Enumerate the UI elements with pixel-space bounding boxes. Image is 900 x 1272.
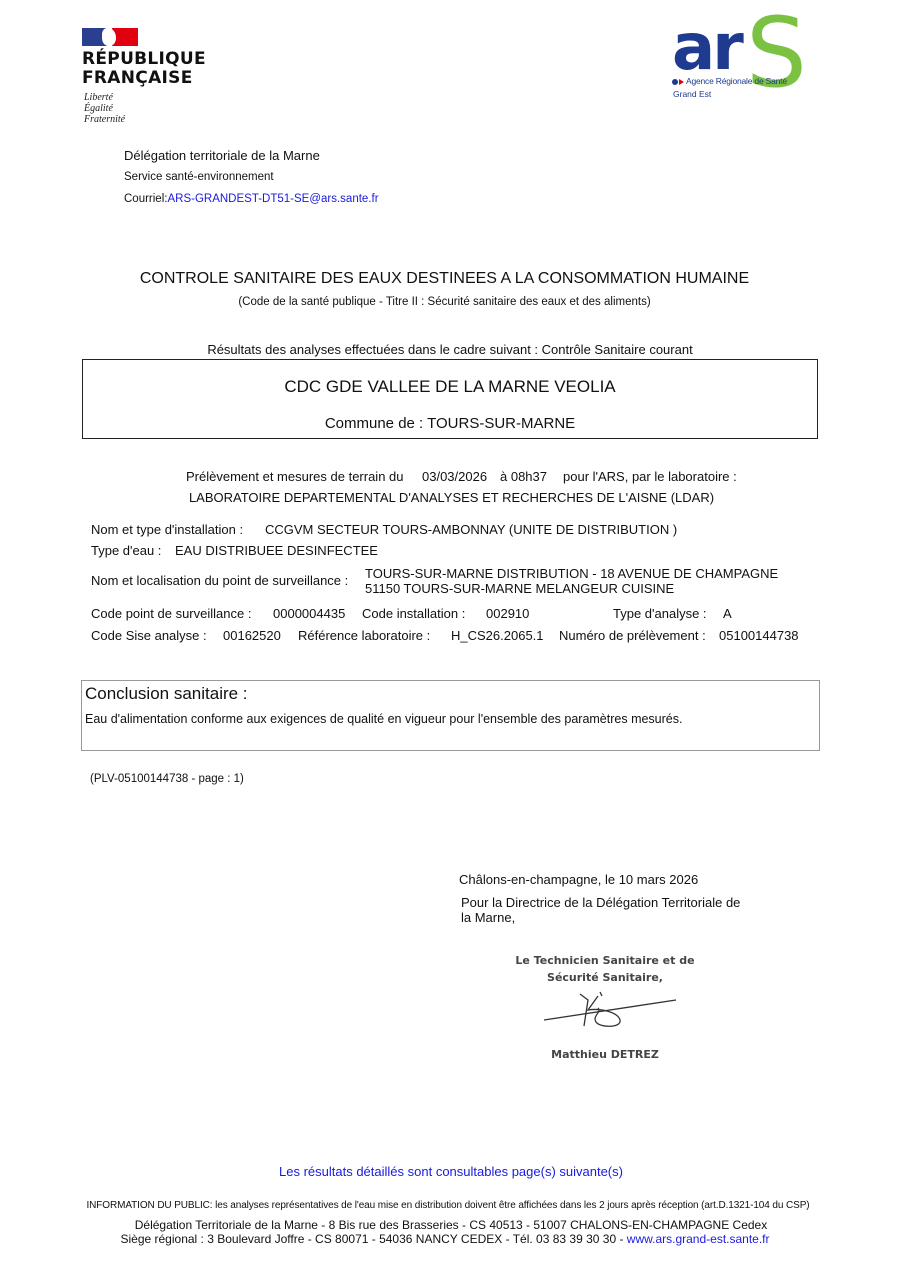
sampling-prefix: Prélèvement et mesures de terrain du: [186, 469, 404, 484]
rf-title-line2: FRANÇAISE: [82, 69, 206, 88]
network-name: CDC GDE VALLEE DE LA MARNE VEOLIA: [83, 377, 817, 397]
on-behalf-of: Pour la Directrice de la Délégation Terr…: [461, 895, 750, 927]
sise-label: Code Sise analyse :: [91, 628, 207, 643]
footer-address-delegation: Délégation Territoriale de la Marne - 8 …: [0, 1218, 900, 1232]
red-arrow-icon: [679, 79, 684, 85]
ars-agency-line: Agence Régionale de Santé: [672, 76, 787, 86]
document-subtitle: (Code de la santé publique - Titre II : …: [0, 296, 889, 308]
commune-name: Commune de : TOURS-SUR-MARNE: [83, 415, 817, 432]
ars-logo-s: S: [746, 0, 807, 108]
website-link[interactable]: www.ars.grand-est.sante.fr: [627, 1232, 770, 1246]
place-date: Châlons-en-champagne, le 10 mars 2026: [459, 872, 698, 887]
conclusion-box: Conclusion sanitaire : Eau d'alimentatio…: [81, 680, 820, 751]
email-link[interactable]: ARS-GRANDEST-DT51-SE@ars.sante.fr: [167, 193, 378, 205]
installation-value: CCGVM SECTEUR TOURS-AMBONNAY (UNITE DE D…: [265, 522, 677, 537]
point-code-label: Code point de surveillance :: [91, 606, 251, 621]
point-value-line1: TOURS-SUR-MARNE DISTRIBUTION - 18 AVENUE…: [365, 566, 778, 581]
email-label: Courriel:: [124, 193, 167, 205]
sise-value: 00162520: [223, 628, 281, 643]
motto-fraternite: Fraternité: [84, 114, 125, 125]
ars-agency-name: Agence Régionale de Santé: [686, 76, 787, 86]
point-value-line2: 51150 TOURS-SUR-MARNE MELANGEUR CUISINE: [365, 581, 674, 596]
ars-region: Grand Est: [673, 89, 711, 99]
analysis-context: Résultats des analyses effectuées dans l…: [0, 342, 900, 357]
footer-address-headquarters: Siège régional : 3 Boulevard Joffre - CS…: [0, 1232, 890, 1246]
marianne-flag-icon: [82, 28, 138, 46]
installation-code-value: 002910: [486, 606, 529, 621]
lab-ref-label: Référence laboratoire :: [298, 628, 430, 643]
installation-label: Nom et type d'installation :: [91, 522, 243, 537]
analysis-type-label: Type d'analyse :: [613, 606, 707, 621]
public-information: INFORMATION DU PUBLIC: les analyses repr…: [0, 1200, 896, 1211]
sample-number-value: 05100144738: [719, 628, 799, 643]
conclusion-heading: Conclusion sanitaire :: [85, 684, 248, 704]
headquarters-address: Siège régional : 3 Boulevard Joffre - CS…: [120, 1232, 626, 1246]
republique-francaise-logo: RÉPUBLIQUE FRANÇAISE Liberté Égalité Fra…: [82, 26, 222, 131]
page-reference: (PLV-05100144738 - page : 1): [90, 773, 244, 785]
lab-ref-value: H_CS26.2065.1: [451, 628, 544, 643]
point-code-value: 0000004435: [273, 606, 345, 621]
sender-service: Service santé-environnement: [124, 171, 274, 183]
sender-delegation: Délégation territoriale de la Marne: [124, 148, 320, 163]
installation-code-label: Code installation :: [362, 606, 465, 621]
sender-email-line: Courriel:ARS-GRANDEST-DT51-SE@ars.sante.…: [124, 193, 379, 205]
rf-logo-title: RÉPUBLIQUE FRANÇAISE: [82, 50, 206, 88]
network-box: CDC GDE VALLEE DE LA MARNE VEOLIA Commun…: [82, 359, 818, 439]
water-type-value: EAU DISTRIBUEE DESINFECTEE: [175, 543, 378, 558]
detailed-results-notice: Les résultats détaillés sont consultable…: [0, 1164, 900, 1179]
ars-logo: ar S Agence Régionale de Santé Grand Est: [668, 28, 818, 112]
handwritten-signature-icon: [540, 988, 680, 1033]
signature-block: Le Technicien Sanitaire et de Sécurité S…: [490, 950, 720, 1070]
sampling-date: 03/03/2026: [422, 469, 487, 484]
analysis-type-value: A: [723, 606, 732, 621]
conclusion-text: Eau d'alimentation conforme aux exigence…: [85, 712, 682, 726]
signer-title: Le Technicien Sanitaire et de Sécurité S…: [490, 952, 720, 986]
signer-name: Matthieu DETREZ: [490, 1048, 720, 1061]
point-label: Nom et localisation du point de surveill…: [91, 573, 348, 588]
rf-title-line1: RÉPUBLIQUE: [82, 50, 206, 69]
motto-egalite: Égalité: [84, 103, 125, 114]
motto-liberte: Liberté: [84, 92, 125, 103]
sampling-suffix: pour l'ARS, par le laboratoire :: [563, 469, 737, 484]
signer-title-line2: Sécurité Sanitaire,: [490, 969, 720, 986]
sampling-time: à 08h37: [500, 469, 547, 484]
blue-dot-icon: [672, 79, 678, 85]
rf-motto: Liberté Égalité Fraternité: [84, 92, 125, 125]
signer-title-line1: Le Technicien Sanitaire et de: [490, 952, 720, 969]
water-type-label: Type d'eau :: [91, 543, 161, 558]
laboratory-name: LABORATOIRE DEPARTEMENTAL D'ANALYSES ET …: [0, 490, 900, 505]
sample-number-label: Numéro de prélèvement :: [559, 628, 706, 643]
document-title: CONTROLE SANITAIRE DES EAUX DESTINEES A …: [0, 270, 889, 288]
